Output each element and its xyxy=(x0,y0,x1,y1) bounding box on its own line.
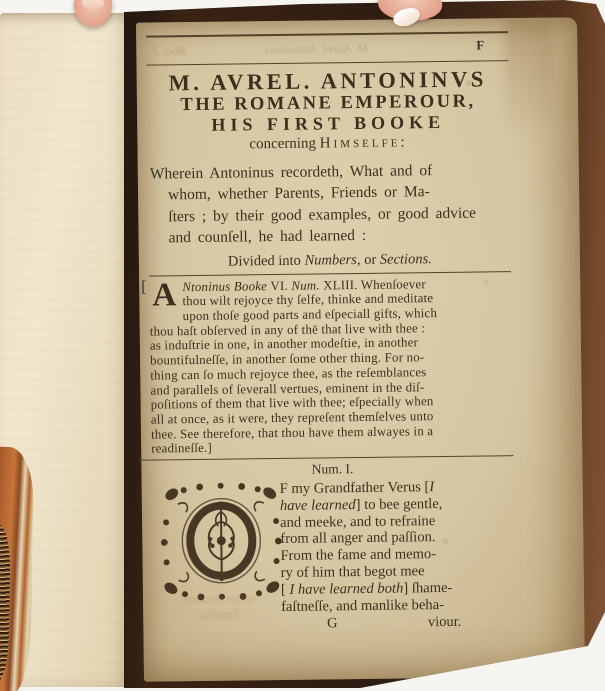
section-lines: F my Grandfather Verus [Ihave learned] t… xyxy=(280,478,516,615)
book-photo: Boo. 2 M. Aurel. Antoninus F M. AVREL. A… xyxy=(0,0,605,691)
ornament-initial-O xyxy=(160,481,283,602)
title-line-4: concerning Himselfe: xyxy=(147,133,509,153)
gathering-signature: G xyxy=(327,616,338,633)
title-line-2: THE ROMANE EMPEROUR, xyxy=(147,92,509,114)
title-line-4-lead: concerning xyxy=(249,135,320,152)
running-head-band: Boo. 2 M. Aurel. Antoninus F xyxy=(146,33,508,64)
division-line: Divided into Numbers, or Sections. xyxy=(149,250,511,270)
title-line-1: M. AVREL. ANTONINVS xyxy=(147,68,509,94)
division-rule xyxy=(149,271,511,276)
excerpt-lines: Ntoninus Booke VI. Num. XLIII. Whenſoeve… xyxy=(149,276,513,457)
signature-mark: F xyxy=(476,37,484,53)
showthrough-text: Boo. 2 xyxy=(152,43,186,59)
title-line-4-caps: Himselfe: xyxy=(320,134,408,151)
excerpt-paragraph: [ A Ntoninus Booke VI. Num. XLIII. Whenſ… xyxy=(149,276,513,457)
page-edge-striations xyxy=(0,525,11,683)
argument-paragraph: Wherein Antoninus recordeth, What and of… xyxy=(148,159,511,249)
opening-bracket: [ xyxy=(141,280,147,295)
drop-cap-A: A xyxy=(149,280,182,310)
section-heading: Num. I. xyxy=(151,460,513,478)
showthrough-text: M. Aurel. Antoninus xyxy=(264,41,369,58)
page-stain xyxy=(505,18,553,159)
recto-page: Boo. 2 M. Aurel. Antoninus F M. AVREL. A… xyxy=(136,17,585,681)
showthrough-bottom: uerus BrotherTandilia xyxy=(153,590,285,624)
book-cover-edges: Boo. 2 M. Aurel. Antoninus F M. AVREL. A… xyxy=(124,0,605,691)
title-line-3: HIS FIRST BOOKE xyxy=(147,112,509,134)
text-block: Boo. 2 M. Aurel. Antoninus F M. AVREL. A… xyxy=(146,18,515,636)
catchword: viour. xyxy=(428,614,462,631)
fingernail xyxy=(82,0,104,10)
